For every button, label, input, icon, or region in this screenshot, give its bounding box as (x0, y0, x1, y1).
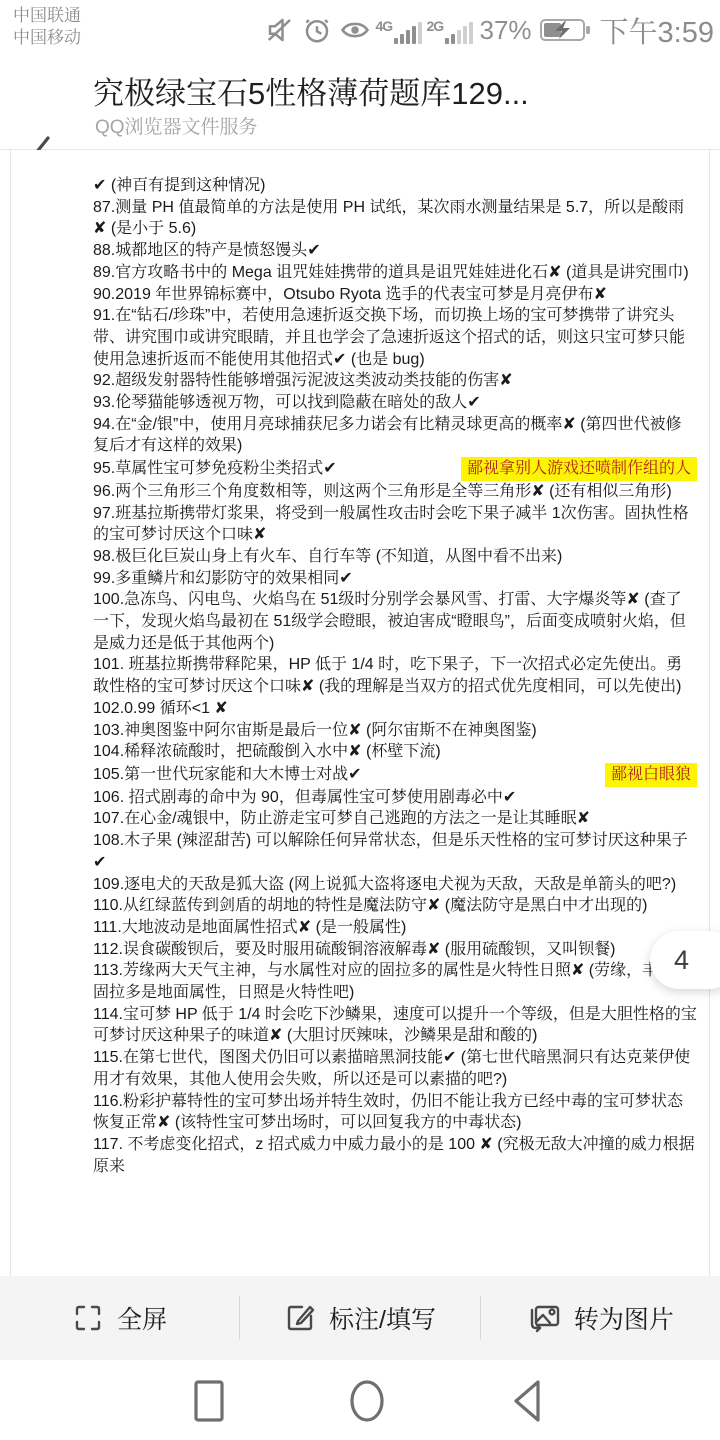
question-text: 93.伦琴猫能够透视万物，可以找到隐蔽在暗处的敌人✔ (93, 392, 481, 414)
document-text: ✔ (神百有提到这种情况) 87.测量 PH 值最简单的方法是使用 PH 试纸，… (11, 150, 709, 1177)
question-text: 97.班基拉斯携带灯浆果，将受到一般属性攻击时会吃下果子减半 1次伤害。固执性格… (93, 503, 697, 546)
signal-sim2: 2G (429, 16, 473, 44)
status-icons: 4G 2G 37% 下午3:59 (265, 0, 715, 60)
sim1-signal-bars (394, 22, 422, 44)
question-line: 109.逐电犬的天敌是狐大盗 (网上说狐大盗将逐电犬视为天敌，天敌是单箭头的吧?… (93, 874, 697, 896)
question-line: 93.伦琴猫能够透视万物，可以找到隐蔽在暗处的敌人✔ (93, 392, 697, 414)
question-text: 104.稀释浓硫酸时，把硫酸倒入水中✘ (杯壁下流) (93, 741, 441, 763)
page-number-indicator[interactable]: 4 (650, 931, 720, 989)
question-text: 105.第一世代玩家能和大木博士对战✔ (93, 764, 362, 786)
question-line: 103.神奥图鉴中阿尔宙斯是最后一位✘ (阿尔宙斯不在神奥图鉴) (93, 720, 697, 742)
question-text: 90.2019 年世界锦标赛中，Otsubo Ryota 选手的代表宝可梦是月亮… (93, 284, 607, 306)
question-text: 91.在“钻石/珍珠”中，若使用急速折返交换下场，而切换上场的宝可梦携带了讲究头… (93, 305, 697, 370)
question-text: 117. 不考虑变化招式，z 招式威力中威力最小的是 100 ✘ (究极无敌大冲… (93, 1134, 697, 1177)
question-line: 89.官方攻略书中的 Mega 诅咒娃娃携带的道具是诅咒娃娃进化石✘ (道具是讲… (93, 262, 697, 284)
question-text: 113.芳缘两大天气主神，与水属性对应的固拉多的属性是火特性日照✘ (劳缘，丰缘… (93, 960, 697, 1003)
question-line: 105.第一世代玩家能和大木博士对战✔ 鄙视白眼狼 (93, 763, 697, 787)
question-line: ✔ (神百有提到这种情况) (93, 175, 697, 197)
question-line: 101. 班基拉斯携带释陀果，HP 低于 1/4 时，吃下果子，下一次招式必定先… (93, 654, 697, 697)
question-line: 110.从红绿蓝传到剑盾的胡地的特性是魔法防守✘ (魔法防守是黑白中才出现的) (93, 895, 697, 917)
status-bar: 中国联通 中国移动 4G 2G 37% (0, 0, 720, 60)
fullscreen-label: 全屏 (117, 1300, 167, 1336)
question-line: 108.木子果 (辣涩甜苦) 可以解除任何异常状态，但是乐天性格的宝可梦讨厌这种… (93, 830, 697, 873)
fullscreen-button[interactable]: 全屏 (0, 1300, 239, 1336)
question-line: 113.芳缘两大天气主神，与水属性对应的固拉多的属性是火特性日照✘ (劳缘，丰缘… (93, 960, 697, 1003)
question-line: 98.极巨化巨炭山身上有火车、自行车等 (不知道，从图中看不出来) (93, 546, 697, 568)
question-text: 112.误食碳酸钡后，要及时服用硫酸铜溶液解毒✘ (服用硫酸钡，又叫钡餐) (93, 939, 615, 961)
sim2-network-label: 2G (427, 18, 444, 34)
question-text: 109.逐电犬的天敌是狐大盗 (网上说狐大盗将逐电犬视为天敌，天敌是单箭头的吧?… (93, 874, 676, 896)
question-line: 117. 不考虑变化招式，z 招式威力中威力最小的是 100 ✘ (究极无敌大冲… (93, 1134, 697, 1177)
battery-charging-icon (539, 17, 591, 43)
sim1-network-label: 4G (376, 18, 393, 34)
question-text: 115.在第七世代，图图犬仍旧可以素描暗黑洞技能✔ (第七世代暗黑洞只有达克莱伊… (93, 1047, 697, 1090)
question-text: 116.粉彩护幕特性的宝可梦出场并特生效时，仍旧不能让我方已经中毒的宝可梦状态恢… (93, 1091, 697, 1134)
back-nav-icon[interactable] (508, 1378, 552, 1426)
question-text: 108.木子果 (辣涩甜苦) 可以解除任何异常状态，但是乐天性格的宝可梦讨厌这种… (93, 830, 697, 873)
question-line: 92.超级发射器特性能够增强污泥波这类波动类技能的伤害✘ (93, 370, 697, 392)
android-navbar (0, 1360, 720, 1440)
page-subtitle: QQ浏览器文件服务 (95, 112, 258, 139)
question-text: 114.宝可梦 HP 低于 1/4 时会吃下沙鳞果，速度可以提升一个等级，但是大… (93, 1004, 697, 1047)
question-text: ✔ (神百有提到这种情况) (93, 175, 266, 197)
question-text: 103.神奥图鉴中阿尔宙斯是最后一位✘ (阿尔宙斯不在神奥图鉴) (93, 720, 537, 742)
question-line: 90.2019 年世界锦标赛中，Otsubo Ryota 选手的代表宝可梦是月亮… (93, 284, 697, 306)
bottom-toolbar: 全屏 标注/填写 转为图片 (0, 1276, 720, 1360)
convert-image-icon (527, 1302, 561, 1334)
question-text: 106. 招式剧毒的命中为 90，但毒属性宝可梦使用剧毒必中✔ (93, 787, 516, 809)
question-text: 96.两个三角形三个角度数相等，则这两个三角形是全等三角形✘ (还有相似三角形) (93, 481, 672, 503)
app-header: 究极绿宝石5性格薄荷题库129... QQ浏览器文件服务 (0, 60, 720, 150)
question-line: 112.误食碳酸钡后，要及时服用硫酸铜溶液解毒✘ (服用硫酸钡，又叫钡餐) (93, 939, 697, 961)
question-text: 92.超级发射器特性能够增强污泥波这类波动类技能的伤害✘ (93, 370, 513, 392)
question-line: 88.城都地区的特产是愤怒馒头✔ (93, 240, 697, 262)
question-line: 99.多重鳞片和幻影防守的效果相同✔ (93, 568, 697, 590)
question-text: 94.在“金/银”中，使用月亮球捕获尼多力诺会有比精灵球更高的概率✘ (第四世代… (93, 414, 697, 457)
question-line: 102.0.99 循环<1 ✘ (93, 698, 697, 720)
annotate-icon (284, 1302, 316, 1334)
question-text: 101. 班基拉斯携带释陀果，HP 低于 1/4 时，吃下果子，下一次招式必定先… (93, 654, 697, 697)
mute-icon (265, 15, 295, 45)
question-text: 100.急冻鸟、闪电鸟、火焰鸟在 51级时分别学会暴风雪、打雷、大字爆炎等✘ (… (93, 589, 697, 654)
question-line: 95.草属性宝可梦免疫粉尘类招式✔ 鄙视拿别人游戏还喷制作组的人 (93, 457, 697, 481)
question-line: 100.急冻鸟、闪电鸟、火焰鸟在 51级时分别学会暴风雪、打雷、大字爆炎等✘ (… (93, 589, 697, 654)
question-text: 87.测量 PH 值最简单的方法是使用 PH 试纸，某次雨水测量结果是 5.7，… (93, 197, 697, 240)
battery-percent: 37% (480, 15, 532, 46)
question-line: 114.宝可梦 HP 低于 1/4 时会吃下沙鳞果，速度可以提升一个等级，但是大… (93, 1004, 697, 1047)
question-line: 96.两个三角形三个角度数相等，则这两个三角形是全等三角形✘ (还有相似三角形) (93, 481, 697, 503)
highlight-note: 鄙视拿别人游戏还喷制作组的人 (461, 457, 697, 481)
question-line: 111.大地波动是地面属性招式✘ (是一般属性) (93, 917, 697, 939)
sim2-signal-bars (445, 22, 473, 44)
carrier-labels: 中国联通 中国移动 (13, 5, 81, 49)
annotate-label: 标注/填写 (329, 1300, 436, 1336)
annotate-button[interactable]: 标注/填写 (240, 1300, 479, 1336)
carrier-1: 中国联通 (13, 5, 81, 27)
recents-icon[interactable] (190, 1378, 230, 1426)
question-line: 91.在“钻石/珍珠”中，若使用急速折返交换下场，而切换上场的宝可梦携带了讲究头… (93, 305, 697, 370)
fullscreen-icon (72, 1302, 104, 1334)
carrier-2: 中国移动 (13, 27, 81, 49)
status-time: 下午3:59 (600, 10, 714, 51)
question-text: 98.极巨化巨炭山身上有火车、自行车等 (不知道，从图中看不出来) (93, 546, 562, 568)
question-line: 97.班基拉斯携带灯浆果，将受到一般属性攻击时会吃下果子减半 1次伤害。固执性格… (93, 503, 697, 546)
question-text: 89.官方攻略书中的 Mega 诅咒娃娃携带的道具是诅咒娃娃进化石✘ (道具是讲… (93, 262, 689, 284)
question-line: 87.测量 PH 值最简单的方法是使用 PH 试纸，某次雨水测量结果是 5.7，… (93, 197, 697, 240)
signal-sim1: 4G (378, 16, 422, 44)
home-icon[interactable] (345, 1378, 389, 1426)
question-line: 116.粉彩护幕特性的宝可梦出场并特生效时，仍旧不能让我方已经中毒的宝可梦状态恢… (93, 1091, 697, 1134)
question-text: 95.草属性宝可梦免疫粉尘类招式✔ (93, 458, 337, 480)
question-line: 115.在第七世代，图图犬仍旧可以素描暗黑洞技能✔ (第七世代暗黑洞只有达克莱伊… (93, 1047, 697, 1090)
question-text: 102.0.99 循环<1 ✘ (93, 698, 228, 720)
question-line: 104.稀释浓硫酸时，把硫酸倒入水中✘ (杯壁下流) (93, 741, 697, 763)
question-text: 111.大地波动是地面属性招式✘ (是一般属性) (93, 917, 406, 939)
question-line: 106. 招式剧毒的命中为 90，但毒属性宝可梦使用剧毒必中✔ (93, 787, 697, 809)
question-text: 88.城都地区的特产是愤怒馒头✔ (93, 240, 321, 262)
question-line: 107.在心金/魂银中，防止游走宝可梦自己逃跑的方法之一是让其睡眠✘ (93, 808, 697, 830)
question-line: 94.在“金/银”中，使用月亮球捕获尼多力诺会有比精灵球更高的概率✘ (第四世代… (93, 414, 697, 457)
question-text: 107.在心金/魂银中，防止游走宝可梦自己逃跑的方法之一是让其睡眠✘ (93, 808, 590, 830)
page-title: 究极绿宝石5性格薄荷题库129... (93, 68, 623, 113)
document-page[interactable]: ✔ (神百有提到这种情况) 87.测量 PH 值最简单的方法是使用 PH 试纸，… (10, 150, 710, 1276)
page-number: 4 (674, 945, 689, 976)
question-text: 110.从红绿蓝传到剑盾的胡地的特性是魔法防守✘ (魔法防守是黑白中才出现的) (93, 895, 647, 917)
convert-image-label: 转为图片 (574, 1300, 674, 1336)
highlight-note: 鄙视白眼狼 (605, 763, 697, 787)
convert-to-image-button[interactable]: 转为图片 (481, 1300, 720, 1336)
question-text: 99.多重鳞片和幻影防守的效果相同✔ (93, 568, 353, 590)
eye-comfort-icon (339, 15, 371, 45)
alarm-clock-icon (302, 15, 332, 45)
